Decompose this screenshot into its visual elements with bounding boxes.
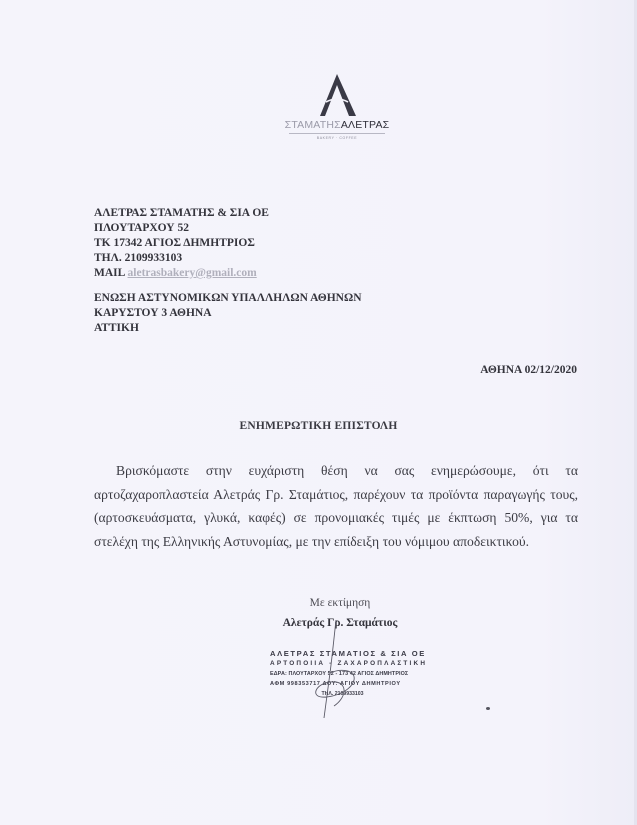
logo-name-dark: ΑΛΕΤΡΑΣ [341,119,390,131]
letter-subject: ΕΝΗΜΕΡΩΤΙΚΗ ΕΠΙΣΤΟΛΗ [0,420,637,432]
sender-street: ΠΛΟΥΤΑΡΧΟΥ 52 [94,221,269,236]
letter-page: ΣΤΑΜΑΤΗΣΑΛΕΤΡΑΣ BAKERY · COFFEE ΑΛΕΤΡΑΣ … [0,0,637,825]
sender-address: ΑΛΕΤΡΑΣ ΣΤΑΜΑΤΗΣ & ΣΙΑ ΟΕ ΠΛΟΥΤΑΡΧΟΥ 52 … [94,206,269,281]
sender-postcode: ΤΚ 17342 ΑΓΙΟΣ ΔΗΜΗΤΡΙΟΣ [94,236,269,251]
letter-date: ΑΘΗΝΑ 02/12/2020 [480,364,577,376]
scan-speck [486,707,490,710]
company-logo: ΣΤΑΜΑΤΗΣΑΛΕΤΡΑΣ BAKERY · COFFEE [282,72,392,140]
logo-divider [289,133,385,134]
stamp-activity: ΑΡΤΟΠΟΙΙΑ - ΖΑΧΑΡΟΠΛΑΣΤΙΚΗ [270,659,445,669]
mail-label: MAIL [94,267,125,279]
recipient-street: ΚΑΡΥΣΤΟΥ 3 ΑΘΗΝΑ [94,306,362,321]
signer-name: Αλετράς Γρ. Σταμάτιος [0,617,637,629]
recipient-name: ΕΝΩΣΗ ΑΣΤΥΝΟΜΙΚΩΝ ΥΠΑΛΛΗΛΩΝ ΑΘΗΝΩΝ [94,291,362,306]
letter-body: Βρισκόμαστε στην ευχάριστη θέση να σας ε… [94,459,578,553]
stamp-phone: ΤΗΛ. 2109933103 [270,689,445,699]
recipient-region: ΑΤΤΙΚΗ [94,321,362,336]
logo-wordmark: ΣΤΑΜΑΤΗΣΑΛΕΤΡΑΣ [282,119,392,131]
company-stamp: ΑΛΕΤΡΑΣ ΣΤΑΜΑΤΙΟΣ & ΣΙΑ ΟΕ ΑΡΤΟΠΟΙΙΑ - Ζ… [270,648,445,699]
logo-tagline: BAKERY · COFFEE [282,136,392,140]
recipient-address: ΕΝΩΣΗ ΑΣΤΥΝΟΜΙΚΩΝ ΥΠΑΛΛΗΛΩΝ ΑΘΗΝΩΝ ΚΑΡΥΣ… [94,291,362,336]
sender-company: ΑΛΕΤΡΑΣ ΣΤΑΜΑΤΗΣ & ΣΙΑ ΟΕ [94,206,269,221]
mail-link[interactable]: aletrasbakery@gmail.com [128,267,257,279]
lambda-logo-icon [316,72,358,118]
logo-name-light: ΣΤΑΜΑΤΗΣ [285,119,341,131]
stamp-tax-id: ΑΦΜ 998353717 ΔΟΥ: ΑΓΙΟΥ ΔΗΜΗΤΡΙΟΥ [270,679,445,689]
sender-mail-row: MAIL aletrasbakery@gmail.com [94,266,269,281]
sender-phone: ΤΗΛ. 2109933103 [94,251,269,266]
closing-salutation: Με εκτίμηση [0,597,637,609]
stamp-address: ΕΔΡΑ: ΠΛΟΥΤΑΡΧΟΥ 52 - 173 42 ΑΓΙΟΣ ΔΗΜΗΤ… [270,669,445,679]
stamp-company: ΑΛΕΤΡΑΣ ΣΤΑΜΑΤΙΟΣ & ΣΙΑ ΟΕ [270,648,445,659]
